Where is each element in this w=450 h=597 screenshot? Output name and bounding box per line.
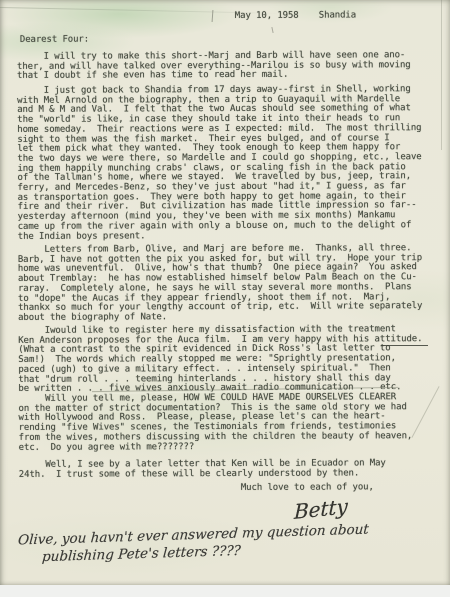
paragraph-3: Letters from Barb, Olive, and Marj are b… <box>18 244 423 323</box>
letter-page: May 10, 1958 Shandia Dearest Four: I wil… <box>0 0 450 585</box>
paragraph-1: I will try to make this short--Marj and … <box>17 51 411 82</box>
letter-place: Shandia <box>319 11 356 21</box>
attitude-underline-mark <box>381 345 428 346</box>
right-edge-crease <box>441 0 442 150</box>
paragraph-5: Will you tell me, please, HOW WE COULD H… <box>18 393 412 453</box>
salutation: Dearest Four: <box>20 36 89 46</box>
paragraph-2: I just got back to Shandia from 17 days … <box>17 85 422 242</box>
paragraph-6: Well, I see by a later letter that Ken w… <box>19 459 386 480</box>
scan-background-strip <box>0 585 450 597</box>
paragraph-4: Iwould like to register here my dissatis… <box>18 325 423 395</box>
closing-line: Much love to each of you, <box>241 483 374 493</box>
typed-content: May 10, 1958 Shandia Dearest Four: I wil… <box>0 0 450 586</box>
